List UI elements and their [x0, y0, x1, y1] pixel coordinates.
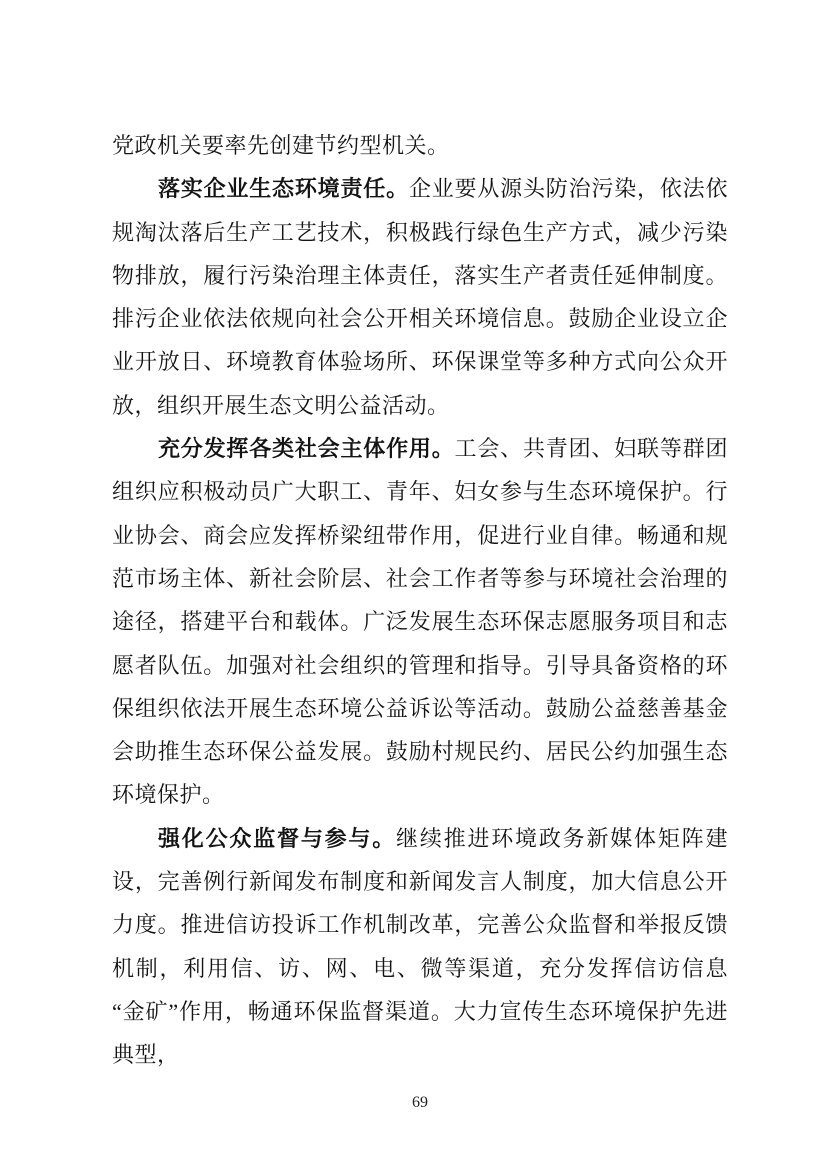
- paragraph-lead: 落实企业生态环境责任。: [158, 176, 409, 201]
- paragraph-text: 企业要从源头防治污染，依法依规淘汰落后生产工艺技术，积极践行绿色生产方式，减少污…: [112, 176, 728, 417]
- paragraph-continuation: 党政机关要率先创建节约型机关。: [112, 124, 728, 167]
- document-page: 党政机关要率先创建节约型机关。 落实企业生态环境责任。企业要从源头防治污染，依法…: [0, 0, 826, 1169]
- paragraph-text: 继续推进环境政务新媒体矩阵建设，完善例行新闻发布制度和新闻发言人制度，加大信息公…: [112, 826, 728, 1067]
- page-number: 69: [112, 1092, 728, 1114]
- paragraph-enterprise-responsibility: 落实企业生态环境责任。企业要从源头防治污染，依法依规淘汰落后生产工艺技术，积极践…: [112, 167, 728, 427]
- paragraph-social-actors: 充分发挥各类社会主体作用。工会、共青团、妇联等群团组织应积极动员广大职工、青年、…: [112, 427, 728, 817]
- paragraph-text: 工会、共青团、妇联等群团组织应积极动员广大职工、青年、妇女参与生态环境保护。行业…: [112, 436, 728, 807]
- paragraph-lead: 强化公众监督与参与。: [158, 826, 396, 851]
- paragraph-lead: 充分发挥各类社会主体作用。: [158, 436, 455, 461]
- paragraph-public-supervision: 强化公众监督与参与。继续推进环境政务新媒体矩阵建设，完善例行新闻发布制度和新闻发…: [112, 817, 728, 1077]
- body-text: 党政机关要率先创建节约型机关。 落实企业生态环境责任。企业要从源头防治污染，依法…: [112, 124, 728, 1077]
- paragraph-text: 党政机关要率先创建节约型机关。: [112, 133, 450, 158]
